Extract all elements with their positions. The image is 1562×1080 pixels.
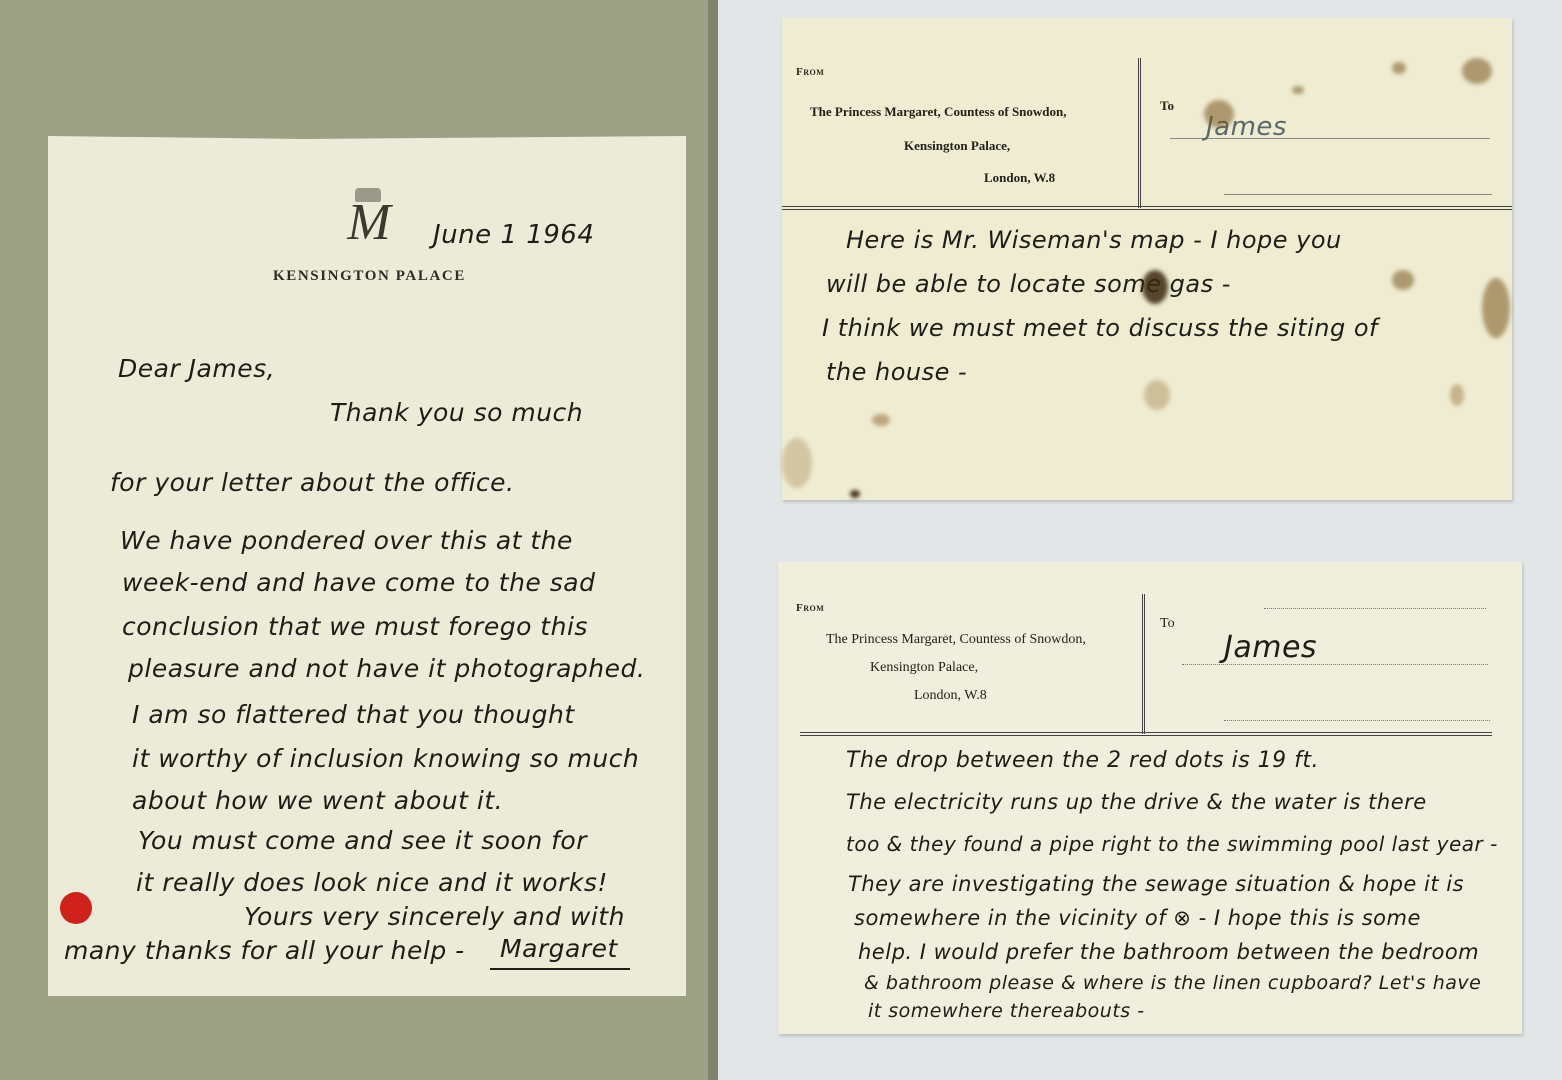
signature-underline: [490, 968, 630, 970]
ink-stain: [1142, 270, 1168, 304]
card-line: help. I would prefer the bathroom betwee…: [858, 940, 1479, 964]
correspondence-card-top: From The Princess Margaret, Countess of …: [782, 18, 1512, 500]
letter-line: week-end and have come to the sad: [122, 568, 595, 597]
letter-line: many thanks for all your help -: [64, 936, 465, 965]
from-label: From: [796, 66, 824, 78]
card-line: the house -: [826, 358, 967, 386]
stain: [850, 490, 860, 498]
letter-line: it really does look nice and it works!: [136, 868, 608, 897]
letterhead: KENSINGTON PALACE: [273, 268, 466, 285]
letter-line: about how we went about it.: [132, 786, 503, 815]
to-label: To: [1160, 616, 1175, 632]
letter-line: conclusion that we must forego this: [122, 612, 588, 641]
letter-line: for your letter about the office.: [110, 468, 515, 497]
address-dotted-line: [1224, 720, 1490, 721]
handwritten-letter: M June 1 1964 KENSINGTON PALACE Dear Jam…: [48, 136, 686, 996]
card-line: will be able to locate some gas -: [826, 270, 1231, 298]
stain: [1462, 58, 1492, 84]
address-line: [1224, 194, 1492, 195]
letter-signature: Margaret: [500, 934, 618, 963]
letter-line: pleasure and not have it photographed.: [128, 654, 645, 683]
letter-date: June 1 1964: [433, 220, 594, 250]
letter-line: We have pondered over this at the: [120, 526, 573, 555]
horizontal-divider: [800, 732, 1492, 736]
address-dotted-line: [1264, 608, 1486, 609]
sender-city: London, W.8: [984, 170, 1055, 186]
letter-line: Thank you so much: [330, 398, 583, 427]
card-line: it somewhere thereabouts -: [868, 1000, 1145, 1022]
to-label: To: [1160, 98, 1174, 114]
vertical-divider: [1142, 594, 1145, 734]
card-line: They are investigating the sewage situat…: [848, 872, 1464, 896]
card-line: somewhere in the vicinity of ⊗ - I hope …: [854, 906, 1421, 930]
sender-city: London, W.8: [914, 688, 987, 704]
stain: [1392, 62, 1406, 74]
stain: [1204, 100, 1234, 128]
from-label: From: [796, 602, 824, 614]
stain: [1292, 86, 1304, 94]
card-line: & bathroom please & where is the linen c…: [864, 972, 1481, 994]
stain: [1392, 270, 1414, 290]
card-line: The drop between the 2 red dots is 19 ft…: [846, 748, 1319, 773]
crowned-monogram-icon: M: [339, 188, 399, 258]
sender-name: The Princess Margaret, Countess of Snowd…: [810, 104, 1067, 120]
letter-line: I am so flattered that you thought: [132, 700, 575, 729]
stain: [1450, 384, 1464, 406]
recipient-name: James: [1224, 630, 1317, 665]
sender-address: Kensington Palace,: [870, 660, 978, 676]
red-dot-sticker: [60, 892, 92, 924]
letter-salutation: Dear James,: [118, 354, 275, 383]
card-line: too & they found a pipe right to the swi…: [846, 832, 1498, 856]
stain: [872, 414, 890, 426]
sender-address: Kensington Palace,: [904, 138, 1010, 154]
mount-edge: [708, 0, 718, 1080]
vertical-divider: [1138, 58, 1141, 208]
letter-closing: Yours very sincerely and with: [244, 902, 625, 931]
card-line: I think we must meet to discuss the siti…: [822, 314, 1378, 342]
card-line: The electricity runs up the drive & the …: [846, 790, 1427, 814]
horizontal-divider: [782, 206, 1512, 210]
correspondence-card-bottom: From The Princess Margaret, Countess of …: [778, 562, 1522, 1034]
letter-line: You must come and see it soon for: [138, 826, 587, 855]
card-line: Here is Mr. Wiseman's map - I hope you: [846, 226, 1342, 254]
stain: [1144, 380, 1170, 410]
letter-line: it worthy of inclusion knowing so much: [132, 744, 639, 773]
sender-name: The Princess Margaret, Countess of Snowd…: [826, 632, 1086, 648]
stain: [782, 438, 812, 488]
stain: [1482, 278, 1510, 338]
